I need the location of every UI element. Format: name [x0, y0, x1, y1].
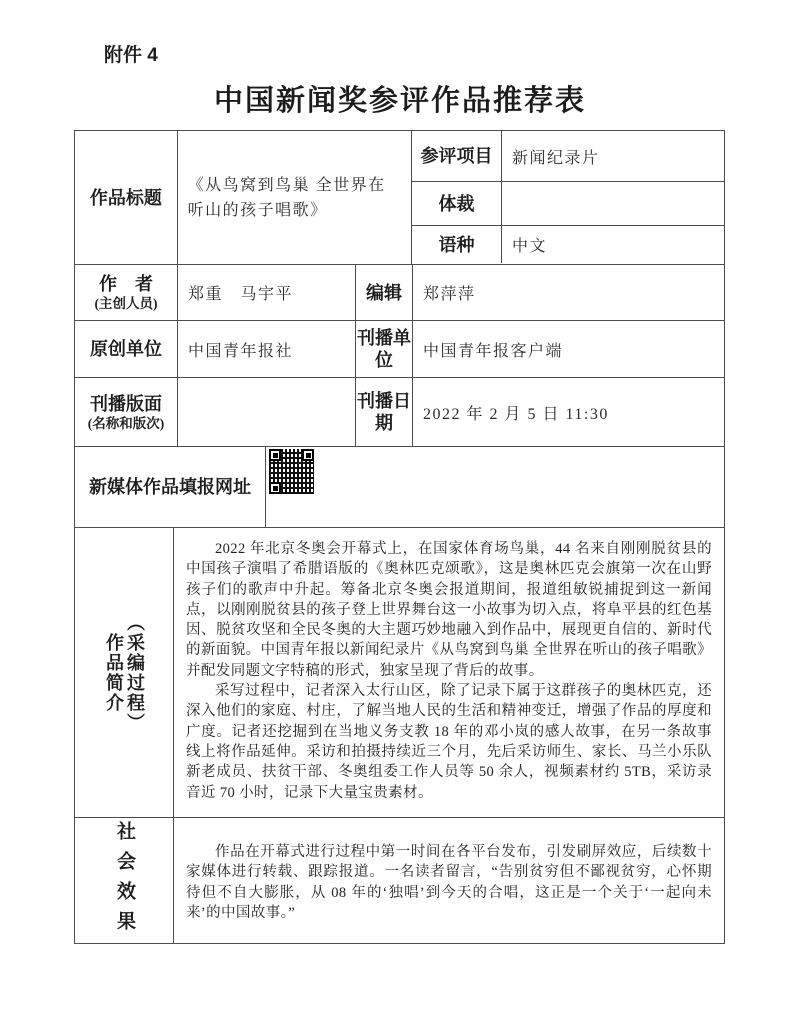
language-label: 语种	[412, 226, 502, 263]
intro-label-main: 作品简介	[103, 613, 124, 733]
entry-subtable: 参评项目 新闻纪录片 体裁 语种 中文	[412, 131, 724, 264]
author-label-sub: (主创人员)	[95, 295, 158, 312]
new-media-label: 新媒体作品填报网址	[75, 447, 266, 527]
publish-unit-label: 刊播单位	[356, 321, 413, 377]
author-value: 郑重 马宇平	[178, 265, 356, 320]
language-value: 中文	[502, 226, 724, 263]
original-unit-value: 中国青年报社	[178, 321, 356, 377]
publish-date-value: 2022 年 2 月 5 日 11:30	[413, 378, 724, 446]
row-new-media: 新媒体作品填报网址	[75, 447, 724, 528]
intro-text: 2022 年北京冬奥会开幕式上，在国家体育场鸟巢，44 名来自刚刚脱贫县的中国孩…	[174, 528, 724, 817]
row-author: 作 者 (主创人员) 郑重 马宇平 编辑 郑萍萍	[75, 265, 724, 321]
social-label: 社会效果	[75, 818, 174, 943]
recommendation-table: 作品标题 《从鸟窝到鸟巢 全世界在听山的孩子唱歌》 参评项目 新闻纪录片 体裁 …	[74, 130, 725, 944]
intro-paragraph-2: 采写过程中，记者深入太行山区，除了记录下属于这群孩子的奥林匹克，还深入他们的家庭…	[186, 681, 712, 803]
editor-label: 编辑	[356, 265, 413, 320]
author-label-main: 作 者	[99, 273, 153, 295]
publish-layout-label-sub: (名称和版次)	[88, 415, 165, 432]
document-page: 附件 4 中国新闻奖参评作品推荐表 作品标题 《从鸟窝到鸟巢 全世界在听山的孩子…	[0, 0, 800, 1012]
social-paragraph-1: 作品在开幕式进行过程中第一时间在各平台发布，引发刷屏效应，后续数十家媒体进行转载…	[186, 842, 712, 923]
original-unit-label: 原创单位	[75, 321, 178, 377]
work-title-value: 《从鸟窝到鸟巢 全世界在听山的孩子唱歌》	[178, 131, 412, 264]
subrow-language: 语种 中文	[412, 226, 724, 263]
row-intro: （采编过程） 作品简介 2022 年北京冬奥会开幕式上，在国家体育场鸟巢，44 …	[75, 528, 724, 818]
intro-label-paren: （采编过程）	[124, 613, 145, 733]
subrow-genre: 体裁	[412, 182, 724, 226]
genre-label: 体裁	[412, 182, 502, 225]
publish-date-label: 刊播日期	[356, 378, 413, 446]
page-title: 中国新闻奖参评作品推荐表	[0, 78, 800, 119]
publish-layout-label-main: 刊播版面	[90, 393, 162, 415]
social-label-vertical: 社会效果	[113, 821, 135, 941]
row-social: 社会效果 作品在开幕式进行过程中第一时间在各平台发布，引发刷屏效应，后续数十家媒…	[75, 818, 724, 943]
editor-value: 郑萍萍	[413, 265, 724, 320]
social-text: 作品在开幕式进行过程中第一时间在各平台发布，引发刷屏效应，后续数十家媒体进行转载…	[174, 818, 724, 943]
new-media-value	[266, 447, 724, 527]
qr-finder-bottom-left	[269, 482, 281, 494]
intro-label: （采编过程） 作品简介	[75, 528, 174, 817]
qr-code-icon	[269, 449, 314, 494]
entry-item-label: 参评项目	[412, 131, 502, 181]
author-label: 作 者 (主创人员)	[75, 265, 178, 320]
qr-finder-top-left	[269, 449, 281, 461]
row-units: 原创单位 中国青年报社 刊播单位 中国青年报客户端	[75, 321, 724, 378]
publish-layout-label: 刊播版面 (名称和版次)	[75, 378, 178, 446]
row-work-title: 作品标题 《从鸟窝到鸟巢 全世界在听山的孩子唱歌》 参评项目 新闻纪录片 体裁 …	[75, 131, 724, 265]
subrow-entry-item: 参评项目 新闻纪录片	[412, 131, 724, 182]
entry-item-value: 新闻纪录片	[502, 131, 724, 181]
attachment-label: 附件 4	[104, 40, 158, 67]
genre-value	[502, 182, 724, 225]
intro-paragraph-1: 2022 年北京冬奥会开幕式上，在国家体育场鸟巢，44 名来自刚刚脱贫县的中国孩…	[186, 539, 712, 681]
publish-unit-value: 中国青年报客户端	[413, 321, 724, 377]
qr-finder-top-right	[302, 449, 314, 461]
row-publish: 刊播版面 (名称和版次) 刊播日期 2022 年 2 月 5 日 11:30	[75, 378, 724, 447]
publish-layout-value	[178, 378, 356, 446]
work-title-label: 作品标题	[75, 131, 178, 264]
intro-label-vertical: （采编过程） 作品简介	[103, 613, 145, 733]
